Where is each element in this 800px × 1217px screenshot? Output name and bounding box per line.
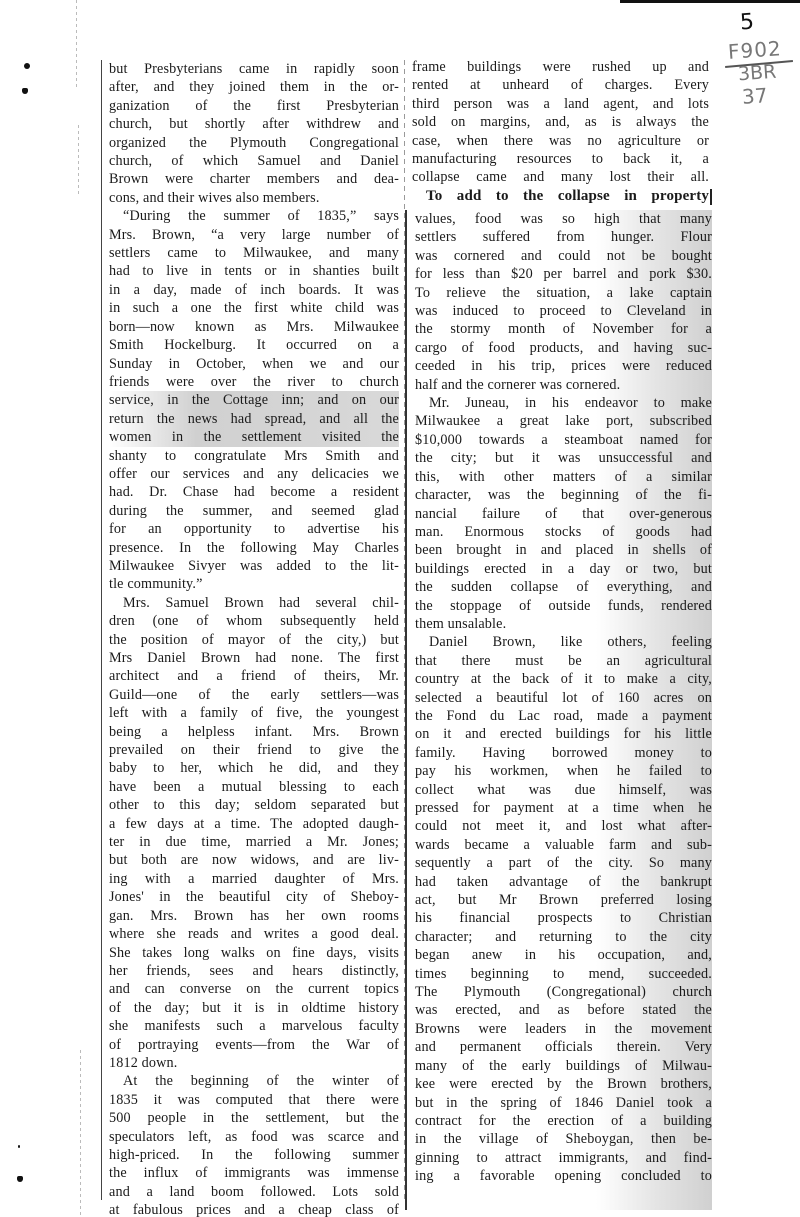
text-line: settlers came to Milwaukee, and many bbox=[109, 244, 399, 262]
catalog-number-annotation: 37 bbox=[741, 83, 768, 109]
text-line: after, and they joined them in the or- bbox=[109, 78, 399, 96]
text-line: and permanent officials therein. Very bbox=[415, 1038, 712, 1056]
text-line: gan. Mrs. Brown has her own rooms bbox=[109, 907, 399, 925]
text-line: been brought in and placed in shells of bbox=[415, 541, 712, 559]
text-line: began anew in his occupation, and, bbox=[415, 946, 712, 964]
text-line: manufacturing resources to back it, a bbox=[412, 150, 709, 168]
text-line: Mrs. Brown, “a very large number of bbox=[109, 226, 399, 244]
text-line: in a day, made of inch boards. It was bbox=[109, 281, 399, 299]
text-line: the Fond du Lac road, made a payment bbox=[415, 707, 712, 725]
text-line: ganization of the first Presbyterian bbox=[109, 97, 399, 115]
text-line: the stormy month of November for a bbox=[415, 320, 712, 338]
text-line: of the day; but it is in oldtime history bbox=[109, 999, 399, 1017]
text-line: buildings erected in a day or two, but bbox=[415, 560, 712, 578]
text-line: the influx of immigrants was immense bbox=[109, 1164, 399, 1182]
text-line: women in the settlement visited the bbox=[109, 428, 399, 446]
text-line: service, in the Cottage inn; and on our bbox=[109, 391, 399, 409]
text-line: and can converse on the current topics bbox=[109, 980, 399, 998]
text-line: Milwaukee a great lake port, subscribed bbox=[415, 412, 712, 430]
text-line: “During the summer of 1835,” says bbox=[109, 207, 399, 225]
text-line: but both are now widows, and are liv- bbox=[109, 851, 399, 869]
text-line: settlers suffered from hunger. Flour bbox=[415, 228, 712, 246]
text-line: for an opportunity to advertise his bbox=[109, 520, 399, 538]
text-line: Daniel Brown, like others, feeling bbox=[415, 633, 712, 651]
text-line: ing with a married daughter of Mrs. bbox=[109, 870, 399, 888]
text-line: contract for the erection of a building bbox=[415, 1112, 712, 1130]
text-line: born—now known as Mrs. Milwaukee bbox=[109, 318, 399, 336]
text-line: high-priced. In the following summer bbox=[109, 1146, 399, 1164]
text-line: pressed for payment at a time when he bbox=[415, 799, 712, 817]
scan-fold-line bbox=[80, 1050, 81, 1217]
text-line: during the summer, and seemed glad bbox=[109, 502, 399, 520]
text-line: 500 people in the settlement, but the bbox=[109, 1109, 399, 1127]
scan-mark bbox=[710, 189, 712, 205]
punch-hole-mark bbox=[24, 63, 30, 69]
text-line: ceeded in his trip, prices were reduced bbox=[415, 357, 712, 375]
text-line: the position of mayor of the city,) but bbox=[109, 631, 399, 649]
text-line: organized the Plymouth Congregational bbox=[109, 134, 399, 152]
text-line: Mr. Juneau, in his endeavor to make bbox=[415, 394, 712, 412]
text-line: act, but Mr Brown preferred losing bbox=[415, 891, 712, 909]
text-line: have been a mutual blessing to each bbox=[109, 778, 399, 796]
text-line: wards became a valuable farm and sub- bbox=[415, 836, 712, 854]
text-line: shanty to congratulate Mrs Smith and bbox=[109, 447, 399, 465]
text-line: left with a family of five, the youngest bbox=[109, 704, 399, 722]
article-column-left: but Presbyterians came in rapidly soonaf… bbox=[101, 60, 403, 1200]
text-line: country at the back of it to make a city… bbox=[415, 670, 712, 688]
text-line: presence. In the following May Charles bbox=[109, 539, 399, 557]
text-line: rented at unheard of charges. Every bbox=[412, 76, 709, 94]
text-line: pay his workmen, when he failed to bbox=[415, 762, 712, 780]
column-paragraphs: values, food was so high that manysettle… bbox=[415, 210, 712, 1186]
text-line: the stoppage of outside funds, rendered bbox=[415, 597, 712, 615]
text-line: this, with other matters of a similar bbox=[415, 468, 712, 486]
text-line: had. Dr. Chase had become a resident bbox=[109, 483, 399, 501]
text-line: but Presbyterians came in rapidly soon bbox=[109, 60, 399, 78]
text-line: character, was the beginning of the fi- bbox=[415, 486, 712, 504]
text-line: she manifests such a marvelous faculty bbox=[109, 1017, 399, 1035]
text-line: other to this day; seldom separated but bbox=[109, 796, 399, 814]
text-line: values, food was so high that many bbox=[415, 210, 712, 228]
text-line: cargo of food products, and having suc- bbox=[415, 339, 712, 357]
text-line: cons, and their wives also members. bbox=[109, 189, 399, 207]
text-line: kee were erected by the Brown brothers, bbox=[415, 1075, 712, 1093]
text-line: on it and erected buildings for his litt… bbox=[415, 725, 712, 743]
text-line: Milwaukee Sivyer was added to the lit- bbox=[109, 557, 399, 575]
text-line: times beginning to mend, succeeded. bbox=[415, 965, 712, 983]
text-line: ginning to attract immigrants, and find- bbox=[415, 1149, 712, 1167]
text-line: selected a beautiful lot of 160 acres on bbox=[415, 689, 712, 707]
text-line: Browns were leaders in the movement bbox=[415, 1020, 712, 1038]
text-line: for less than $20 per barrel and pork $3… bbox=[415, 265, 712, 283]
text-line: in such a one the first white child was bbox=[109, 299, 399, 317]
text-line: a few days at a time. The adopted daugh- bbox=[109, 815, 399, 833]
punch-hole-mark bbox=[18, 1145, 20, 1148]
text-line: collect what was due himself, was bbox=[415, 781, 712, 799]
text-line: offer our services and any delicacies we bbox=[109, 465, 399, 483]
text-line: To relieve the situation, a lake captain bbox=[415, 284, 712, 302]
column-text: values, food was so high that manysettle… bbox=[415, 210, 712, 1186]
text-line: return the news had spread, and all the bbox=[109, 410, 399, 428]
text-line: speculators left, as food was scarce and bbox=[109, 1128, 399, 1146]
text-line: was erected, and as before stated the bbox=[415, 1001, 712, 1019]
text-line: At the beginning of the winter of bbox=[109, 1072, 399, 1090]
text-line: the sudden collapse of everything, and bbox=[415, 578, 712, 596]
text-line: being a helpless infant. Mrs. Brown bbox=[109, 723, 399, 741]
text-line: The Plymouth (Congregational) church bbox=[415, 983, 712, 1001]
text-line: Brown were charter members and dea- bbox=[109, 170, 399, 188]
text-line: architect and a friend of theirs, Mr. bbox=[109, 667, 399, 685]
text-line: had taken advantage of the bankrupt bbox=[415, 873, 712, 891]
text-line: Sunday in October, when we and our bbox=[109, 355, 399, 373]
text-line: church, of which Samuel and Daniel bbox=[109, 152, 399, 170]
text-line: collapse came and many lost their all. bbox=[412, 168, 709, 186]
text-line: sold on margins, and, as is always the bbox=[412, 113, 709, 131]
text-line: many of the early buildings of Milwau- bbox=[415, 1057, 712, 1075]
text-line: tle community.” bbox=[109, 575, 399, 593]
text-line: had to live in tents or in shanties buil… bbox=[109, 262, 399, 280]
text-line: She takes long walks on fine days, visit… bbox=[109, 944, 399, 962]
text-line: her friends, sees and hears distinctly, bbox=[109, 962, 399, 980]
text-line: friends were over the river to church bbox=[109, 373, 399, 391]
scan-edge-bar bbox=[620, 0, 800, 3]
column-paragraphs: frame buildings were rushed up andrented… bbox=[412, 58, 709, 205]
text-line: family. Having borrowed money to bbox=[415, 744, 712, 762]
text-line: Guild—one of the early settlers—was bbox=[109, 686, 399, 704]
text-line: the city; but it was unsuccessful and bbox=[415, 449, 712, 467]
column-paragraphs: but Presbyterians came in rapidly soonaf… bbox=[109, 60, 399, 1217]
catalog-sub-annotation: 3BR bbox=[737, 61, 777, 86]
text-line: was cornered and could not be bought bbox=[415, 247, 712, 265]
page-number-annotation: 5 bbox=[739, 10, 755, 36]
text-line: at fabulous prices and a cheap class of bbox=[109, 1201, 399, 1217]
text-line: ter in due time, married a Mr. Jones; bbox=[109, 833, 399, 851]
text-line: nancial failure of that over-generous bbox=[415, 505, 712, 523]
text-line: Smith Hockelburg. It occurred on a bbox=[109, 336, 399, 354]
text-line: $10,000 towards a steamboat named for bbox=[415, 431, 712, 449]
text-line: his financial prospects to Christian bbox=[415, 909, 712, 927]
text-line: Mrs Daniel Brown had none. The first bbox=[109, 649, 399, 667]
text-line: 1835 it was computed that there were bbox=[109, 1091, 399, 1109]
scan-fold-line bbox=[78, 125, 79, 195]
text-line: them unsalable. bbox=[415, 615, 712, 633]
text-line: that there must be an agricultural bbox=[415, 652, 712, 670]
text-line: but in the spring of 1846 Daniel took a bbox=[415, 1094, 712, 1112]
punch-hole-mark bbox=[17, 1176, 23, 1182]
text-line: baby to her, which he did, and they bbox=[109, 759, 399, 777]
text-line: Jones' in the beautiful city of Sheboy- bbox=[109, 888, 399, 906]
text-line: where she reads and writes a good deal. bbox=[109, 925, 399, 943]
text-line: was induced to proceed to Cleveland in bbox=[415, 302, 712, 320]
text-line: To add to the collapse in property bbox=[412, 187, 709, 205]
text-line: character; and returning to the city bbox=[415, 928, 712, 946]
article-column-right-top: frame buildings were rushed up andrented… bbox=[412, 58, 709, 205]
text-line: dren (one of whom subsequently held bbox=[109, 612, 399, 630]
text-line: man. Enormous stocks of goods had bbox=[415, 523, 712, 541]
text-line: ing a favorable opening concluded to bbox=[415, 1167, 712, 1185]
catalog-code-annotation: F902 bbox=[727, 36, 782, 64]
article-column-right-bottom: values, food was so high that manysettle… bbox=[405, 210, 712, 1210]
text-line: case, when there was no agriculture or bbox=[412, 132, 709, 150]
scan-fold-line bbox=[76, 0, 77, 90]
punch-hole-mark bbox=[22, 88, 28, 94]
text-line: prevailed on their friend to give the bbox=[109, 741, 399, 759]
text-line: frame buildings were rushed up and bbox=[412, 58, 709, 76]
text-line: in the village of Sheboygan, then be- bbox=[415, 1130, 712, 1148]
text-line: church, but shortly after withdrew and bbox=[109, 115, 399, 133]
text-line: 1812 down. bbox=[109, 1054, 399, 1072]
column-text: but Presbyterians came in rapidly soonaf… bbox=[109, 60, 399, 1217]
text-line: of portraying events—from the War of bbox=[109, 1036, 399, 1054]
text-line: third person was a land agent, and lots bbox=[412, 95, 709, 113]
text-line: could not meet it, and lost what after- bbox=[415, 817, 712, 835]
text-line: Mrs. Samuel Brown had several chil- bbox=[109, 594, 399, 612]
text-line: sequently a part of the city. So many bbox=[415, 854, 712, 872]
text-line: and a land boom followed. Lots sold bbox=[109, 1183, 399, 1201]
text-line: half and the cornerer was cornered. bbox=[415, 376, 712, 394]
